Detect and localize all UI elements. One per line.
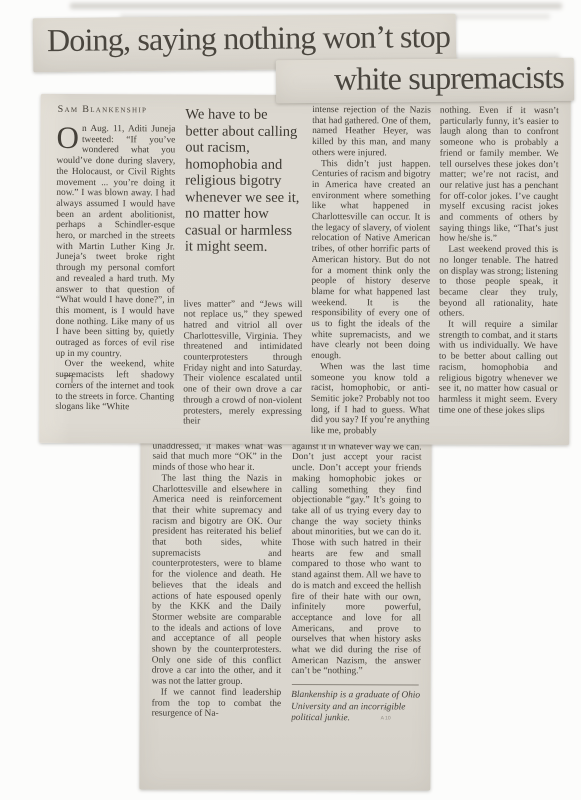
page-marks: NN A 10 xyxy=(381,705,391,723)
paragraph: If we cannot find leadership from the to… xyxy=(152,687,282,720)
drop-cap: O xyxy=(57,124,83,151)
paragraph: zism, then we have to stand against it i… xyxy=(291,431,421,678)
paragraph: Last weekend proved this is no longer te… xyxy=(439,245,558,320)
paragraph: This didn’t just happen. Centuries of ra… xyxy=(311,159,431,363)
headline-strip-bottom: white supremacists xyxy=(276,58,574,104)
print-bleed-through xyxy=(70,3,562,9)
continuation-column-1: through or a comment goes unaddressed, i… xyxy=(151,431,282,790)
scanned-newspaper-page: Doing, saying nothing won’t stop white s… xyxy=(0,0,581,800)
article-body-clipping: Sam Blankenship On Aug. 11, Aditi Juneja… xyxy=(39,94,571,445)
byline: Sam Blankenship xyxy=(58,104,176,116)
edition-mark: NN xyxy=(381,705,391,714)
opening-text: n Aug. 11, Aditi Juneja tweeted: “If you… xyxy=(56,124,176,359)
article-column-1: Sam Blankenship On Aug. 11, Aditi Juneja… xyxy=(55,104,175,444)
margin-crop-mark xyxy=(64,375,73,383)
paragraph: lives matter” and “Jews will not replace… xyxy=(183,299,302,428)
paragraph: Over the weekend, white supremacists lef… xyxy=(55,359,174,413)
paragraph: When was the last time someone you know … xyxy=(311,362,430,437)
article-column-4: nothing. Even if it wasn’t particularly … xyxy=(438,106,558,446)
headline-line2: white supremacists xyxy=(284,60,564,98)
paragraph: intense rejection of the Nazis that had … xyxy=(312,105,431,159)
author-tagline: Blankenship is a graduate of Ohio Univer… xyxy=(291,690,421,725)
page-number-mark: A 10 xyxy=(381,714,391,723)
article-column-2: We have to be better about calling out r… xyxy=(183,104,303,444)
headline-line1: Doing, saying nothing won’t stop xyxy=(47,19,448,58)
tagline-divider xyxy=(291,684,419,685)
pull-quote: We have to be better about calling out r… xyxy=(185,106,303,255)
paragraph: It will require a similar strength to co… xyxy=(439,320,558,417)
article-continuation-clipping: through or a comment goes unaddressed, i… xyxy=(139,422,431,790)
paragraph: nothing. Even if it wasn’t particularly … xyxy=(439,106,558,246)
article-column-3: intense rejection of the Nazis that had … xyxy=(311,105,431,445)
paragraph: The last thing the Nazis in Charlottesvi… xyxy=(152,473,282,688)
continuation-column-2: zism, then we have to stand against it i… xyxy=(291,431,422,790)
opening-paragraph: On Aug. 11, Aditi Juneja tweeted: “If yo… xyxy=(56,124,176,360)
